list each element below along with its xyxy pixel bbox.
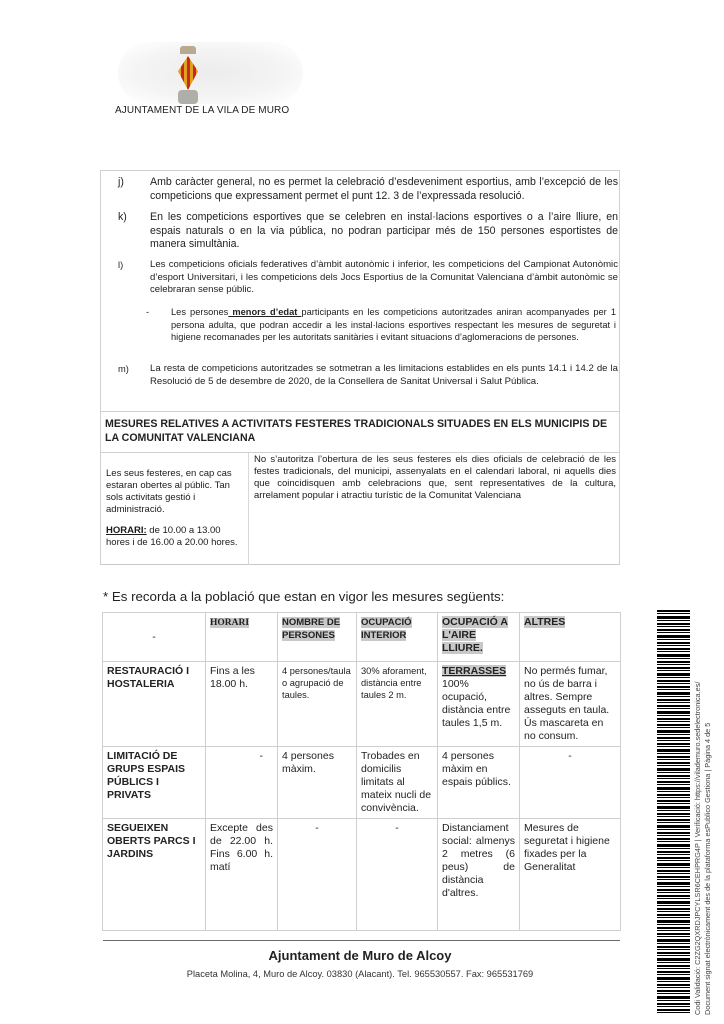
row-category: SEGUEIXEN OBERTS PARCS I JARDINS [103, 819, 206, 931]
dash-bullet: - [146, 306, 149, 319]
sub-item-minors: - Les persones menors d’edat participant… [146, 306, 616, 344]
cell-altres: No permés fumar, no ús de barra i altres… [520, 662, 621, 747]
cell-persones: 4 persones/taula o agrupació de taules. [278, 662, 357, 747]
barcode-icon [657, 610, 690, 1015]
org-name: AJUNTAMENT DE LA VILA DE MURO [115, 105, 289, 116]
cell-interior: Trobades en domicilis limitats al mateix… [357, 747, 438, 819]
validation-line-2: Document signat electrònicament des de l… [703, 682, 713, 1015]
item-label: m) [118, 363, 129, 375]
cell-persones: - [278, 819, 357, 931]
measures-box: j) Amb caràcter general, no es permet la… [100, 170, 620, 565]
festeres-right-text: No s’autoritza l’obertura de les seus fe… [254, 454, 616, 502]
list-item-k: k) En les competicions esportives que se… [118, 211, 618, 252]
festeres-left-cell: Les seus festeres, en cap cas estaran ob… [101, 453, 249, 565]
item-text: En les competicions esportives que se ce… [150, 211, 618, 252]
festeres-title: MESURES RELATIVES A ACTIVITATS FESTERES … [105, 417, 615, 445]
header-persones: NOMBRE DE PERSONES [278, 613, 357, 662]
footer-divider [103, 940, 620, 941]
item-label: k) [118, 211, 127, 225]
corner-cell: - [103, 613, 206, 662]
table-row: SEGUEIXEN OBERTS PARCS I JARDINS Excepte… [103, 819, 621, 931]
cell-aire: TERRASSES100% ocupació, distància entre … [438, 662, 520, 747]
header-altres: ALTRES [520, 613, 621, 662]
municipal-logo: AJUNTAMENT DE LA VILA DE MURO [100, 28, 330, 118]
cell-interior: 30% aforament, distància entre taules 2 … [357, 662, 438, 747]
item-text: La resta de competicions autoritzades se… [150, 363, 618, 388]
cell-horari: Excepte des de 22.00 h. Fins 6.00 h. mat… [206, 819, 278, 931]
table-row: LIMITACIÓ DE GRUPS ESPAIS PÚBLICS I PRIV… [103, 747, 621, 819]
coat-of-arms-icon [178, 46, 198, 108]
festeres-section-header: MESURES RELATIVES A ACTIVITATS FESTERES … [101, 411, 619, 453]
list-item-l: l) Les competicions oficials federatives… [118, 259, 618, 297]
reminder-heading: * Es recorda a la població que estan en … [103, 589, 504, 604]
validation-text: Codi Validació: C2ZG2QXRDJPCYLSR6CEHPRG4… [693, 682, 712, 1015]
measures-table: - HORARI NOMBRE DE PERSONES OCUPACIÓ INT… [102, 612, 621, 931]
cell-interior: - [357, 819, 438, 931]
emphasis-minors: menors d’edat [228, 307, 301, 317]
header-horari: HORARI [206, 613, 278, 662]
festeres-left-text: Les seus festeres, en cap cas estaran ob… [106, 468, 246, 516]
horari-label: HORARI: [106, 525, 147, 536]
item-text: Les competicions oficials federatives d’… [150, 259, 618, 297]
footer-address: Placeta Molina, 4, Muro de Alcoy. 03830 … [100, 969, 620, 979]
header-aire: OCUPACIÓ A L'AIRE LLIURE. [438, 613, 520, 662]
cell-altres: Mesures de seguretat i higiene fixades p… [520, 819, 621, 931]
terrasses-label: TERRASSES [442, 665, 506, 677]
list-item-m: m) La resta de competicions autoritzades… [118, 363, 618, 388]
header-interior: OCUPACIÓ INTERIOR [357, 613, 438, 662]
festeres-horari: HORARI: de 10.00 a 13.00 hores i de 16.0… [106, 525, 246, 549]
item-text: Amb caràcter general, no es permet la ce… [150, 176, 618, 203]
cell-aire: 4 persones màxim en espais públics. [438, 747, 520, 819]
list-item-j: j) Amb caràcter general, no es permet la… [118, 176, 618, 203]
cell-horari: - [206, 747, 278, 819]
table-header-row: - HORARI NOMBRE DE PERSONES OCUPACIÓ INT… [103, 613, 621, 662]
cell-aire: Distanciament social: almenys 2 metres (… [438, 819, 520, 931]
footer-title: Ajuntament de Muro de Alcoy [100, 948, 620, 963]
table-row: RESTAURACIÓ I HOSTALERIA Fins a les 18.0… [103, 662, 621, 747]
row-category: LIMITACIÓ DE GRUPS ESPAIS PÚBLICS I PRIV… [103, 747, 206, 819]
cell-horari: Fins a les 18.00 h. [206, 662, 278, 747]
sub-text-before: Les persones [171, 307, 228, 317]
cell-altres: - [520, 747, 621, 819]
row-category: RESTAURACIÓ I HOSTALERIA [103, 662, 206, 747]
sub-item-text: Les persones menors d’edat participants … [171, 306, 616, 344]
validation-line-1: Codi Validació: C2ZG2QXRDJPCYLSR6CEHPRG4… [693, 682, 703, 1015]
logo-watermark [118, 42, 303, 104]
item-label: l) [118, 259, 123, 271]
cell-persones: 4 persones màxim. [278, 747, 357, 819]
cell-aire-text: 100% ocupació, distància entre taules 1,… [442, 678, 510, 729]
item-label: j) [118, 176, 124, 190]
